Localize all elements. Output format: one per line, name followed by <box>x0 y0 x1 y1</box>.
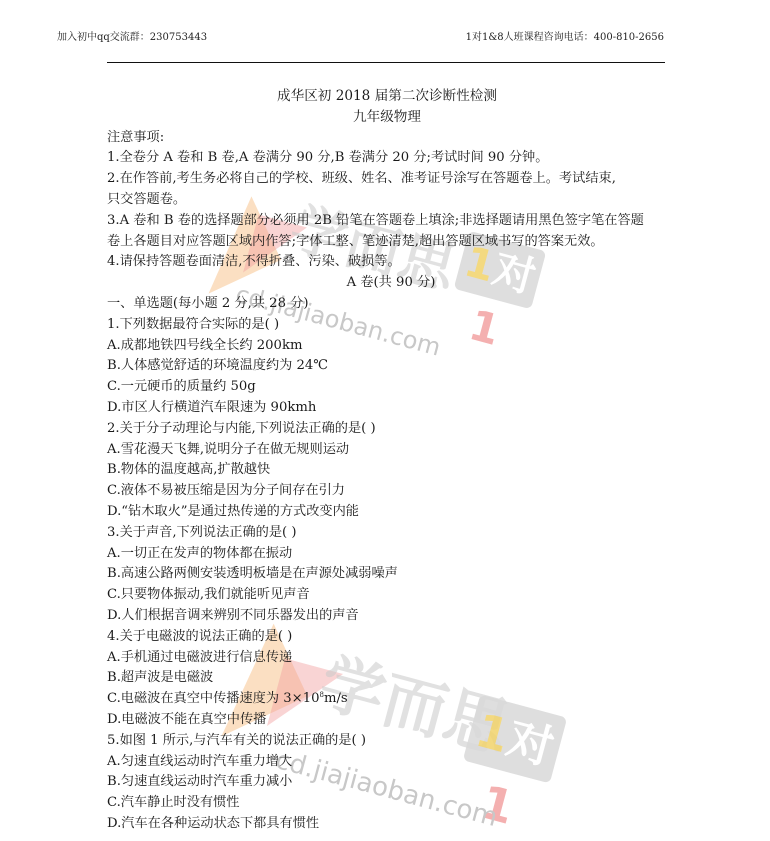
question-stem: 2.关于分子动理论与内能,下列说法正确的是( ) <box>107 419 667 440</box>
note-item: 4.请保持答题卷面清洁,不得折叠、污染、破损等。 <box>107 252 667 273</box>
exam-title: 成华区初 2018 届第二次诊断性检测 <box>107 86 667 107</box>
question-option: B.物体的温度越高,扩散越快 <box>107 460 667 481</box>
question-option: A.成都地铁四号线全长约 200km <box>107 336 667 357</box>
question-option: C.只要物体振动,我们就能听见声音 <box>107 585 667 606</box>
question-option: D.人们根据音调来辨别不同乐器发出的声音 <box>107 606 667 627</box>
qq-group-info: 加入初中qq交流群：230753443 <box>57 28 207 43</box>
question-option: B.匀速直线运动时汽车重力减小 <box>107 772 667 793</box>
question-option: D.汽车在各种运动状态下都具有惯性 <box>107 814 667 835</box>
question-stem: 4.关于电磁波的说法正确的是( ) <box>107 627 667 648</box>
unit: m/s <box>324 691 348 706</box>
exam-subject: 九年级物理 <box>107 107 667 128</box>
exam-document: 成华区初 2018 届第二次诊断性检测 九年级物理 注意事项: 1.全卷分 A … <box>107 86 667 835</box>
question-option: D.市区人行横道汽车限速为 90kmh <box>107 398 667 419</box>
question-stem: 3.关于声音,下列说法正确的是( ) <box>107 523 667 544</box>
question-option: A.一切正在发声的物体都在振动 <box>107 544 667 565</box>
note-item: 3.A 卷和 B 卷的选择题部分必须用 2B 铅笔在答题卷上填涂;非选择题请用黑… <box>107 211 667 232</box>
question-option: C.一元硬币的质量约 50g <box>107 377 667 398</box>
part-one-heading: 一、单选题(每小题 2 分,共 28 分) <box>107 294 667 315</box>
section-a-title: A 卷(共 90 分) <box>107 273 667 294</box>
note-item-continued: 只交答题卷。 <box>107 190 667 211</box>
figure-1-car-image <box>195 834 255 841</box>
note-item: 1.全卷分 A 卷和 B 卷,A 卷满分 90 分,B 卷满分 20 分;考试时… <box>107 148 667 169</box>
question-option: C.电磁波在真空中传播速度为 3×108m/s <box>107 689 667 710</box>
question-stem: 5.如图 1 所示,与汽车有关的说法正确的是( ) <box>107 731 667 752</box>
question-option: B.人体感觉舒适的环境温度约为 24℃ <box>107 356 667 377</box>
page-header: 加入初中qq交流群：230753443 1对1&8人班课程咨询电话：400-81… <box>0 24 770 44</box>
question-stem: 1.下列数据最符合实际的是( ) <box>107 315 667 336</box>
note-item: 2.在作答前,考生务必将自己的学校、班级、姓名、准考证号涂写在答题卷上。考试结束… <box>107 169 667 190</box>
question-option: A.匀速直线运动时汽车重力增大 <box>107 752 667 773</box>
question-option: B.高速公路两侧安装透明板墙是在声源处减弱噪声 <box>107 564 667 585</box>
question-option: D.电磁波不能在真空中传播 <box>107 710 667 731</box>
contact-phone-info: 1对1&8人班课程咨询电话：400-810-2656 <box>466 28 664 43</box>
question-option: A.雪花漫天飞舞,说明分子在做无规则运动 <box>107 440 667 461</box>
question-option: D.“钻木取火”是通过热传递的方式改变内能 <box>107 502 667 523</box>
question-option: B.超声波是电磁波 <box>107 668 667 689</box>
option-text: C.电磁波在真空中传播速度为 3×10 <box>107 691 319 706</box>
notes-heading: 注意事项: <box>107 128 667 149</box>
question-option: C.液体不易被压缩是因为分子间存在引力 <box>107 481 667 502</box>
question-option: A.手机通过电磁波进行信息传递 <box>107 648 667 669</box>
note-item-continued: 卷上各题目对应答题区域内作答;字体工整、笔迹清楚,超出答题区域书写的答案无效。 <box>107 232 667 253</box>
header-divider <box>107 62 665 63</box>
question-option: C.汽车静止时没有惯性 <box>107 793 667 814</box>
